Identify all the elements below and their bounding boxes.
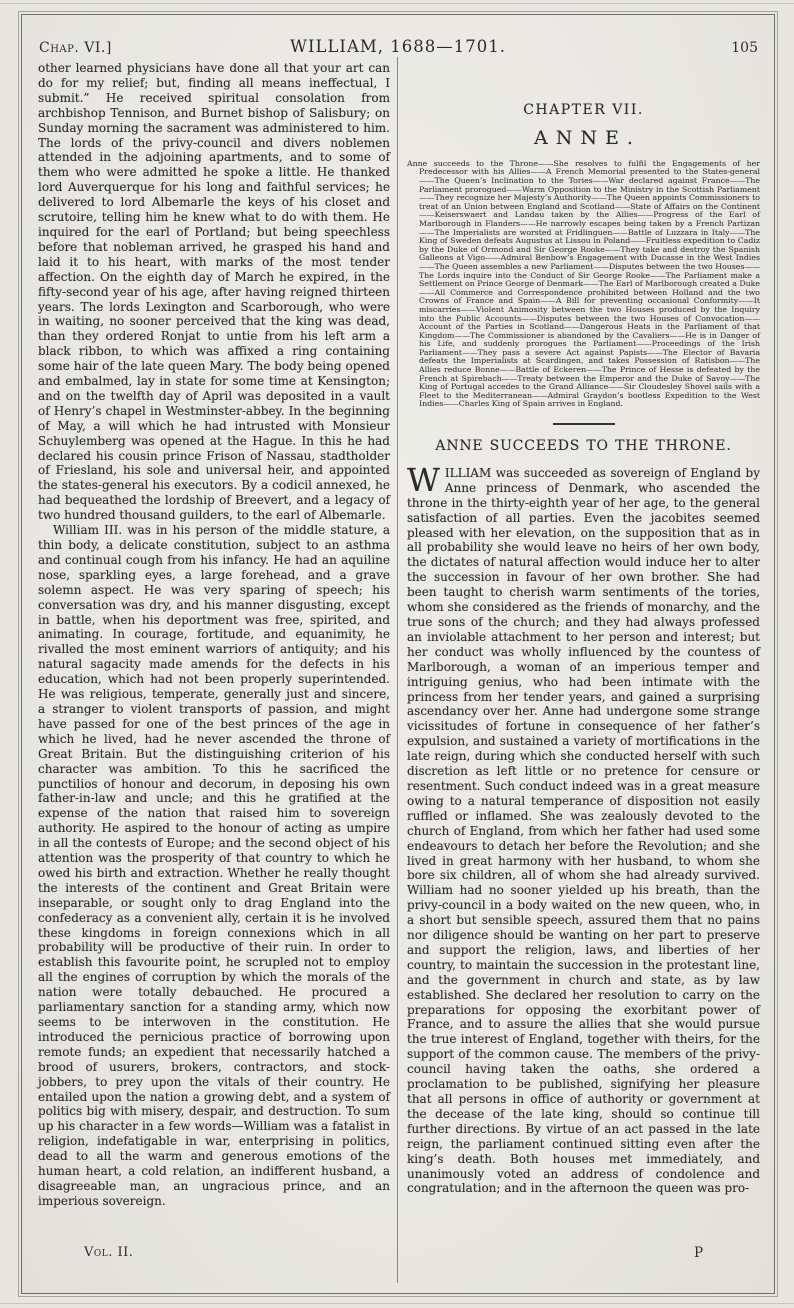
chapter-argument-summary: Anne succeeds to the Throne——She resolve… xyxy=(407,160,760,409)
scanned-book-page: Chap. VI.] WILLIAM, 1688—1701. 105 other… xyxy=(0,0,794,1308)
page-border-box: Chap. VI.] WILLIAM, 1688—1701. 105 other… xyxy=(21,14,775,1294)
chapter-title: ANNE. xyxy=(407,131,760,146)
paragraph-text: ILLIAM was succeeded as sovereign of Eng… xyxy=(407,466,760,1196)
right-column: CHAPTER VII. ANNE. Anne succeeds to the … xyxy=(407,61,760,1196)
page-number: 105 xyxy=(731,40,758,56)
running-title: WILLIAM, 1688—1701. xyxy=(22,37,774,56)
catchword-signature: P xyxy=(694,1245,703,1261)
section-divider-rule xyxy=(553,423,615,425)
paragraph-continuation: other learned physicians have done all t… xyxy=(38,61,390,523)
left-column: other learned physicians have done all t… xyxy=(38,61,390,1209)
running-header: Chap. VI.] WILLIAM, 1688—1701. 105 xyxy=(22,37,774,59)
chapter-heading: CHAPTER VII. xyxy=(407,103,760,118)
section-heading: ANNE SUCCEEDS TO THE THRONE. xyxy=(407,439,760,454)
scan-edge-line-bottom xyxy=(0,1303,794,1304)
scan-edge-line-top xyxy=(0,3,794,4)
volume-signature: Vol. II. xyxy=(84,1245,133,1260)
paragraph-anne-succession: WILLIAM was succeeded as sovereign of En… xyxy=(407,466,760,1196)
paragraph-william-character: William III. was in his person of the mi… xyxy=(38,523,390,1209)
column-divider-rule xyxy=(397,57,398,1283)
drop-cap-initial: W xyxy=(407,466,445,493)
